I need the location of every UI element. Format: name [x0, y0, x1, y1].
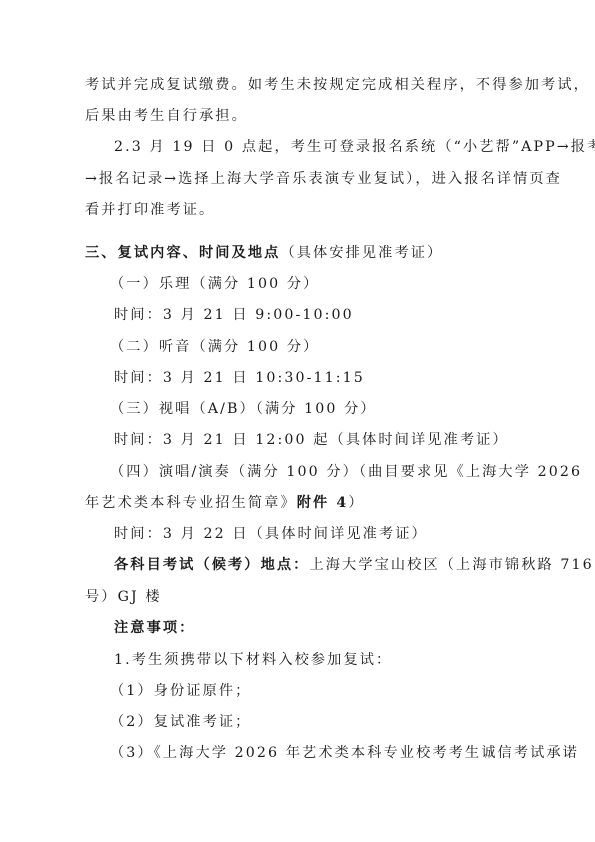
subject-time: 时间：3 月 21 日 9:00-10:00	[114, 305, 354, 325]
subject-time: 时间：3 月 22 日（具体时间详见准考证）	[114, 524, 428, 544]
section-heading: 三、复试内容、时间及地点（具体安排见准考证）	[85, 243, 443, 263]
subject-title: （四）演唱/演奏（满分 100 分）（曲目要求见《上海大学 2026	[110, 462, 582, 482]
subject-time: 时间：3 月 21 日 12:00 起（具体时间详见准考证）	[114, 430, 509, 450]
section-heading-note: （具体安排见准考证）	[280, 245, 443, 261]
attachment-reference: 附件 4	[297, 495, 349, 511]
paragraph-line: 考试并完成复试缴费。如考生未按规定完成相关程序，不得参加考试，	[85, 75, 590, 95]
subject-title-continued: 年艺术类本科专业招生简章》附件 4）	[85, 493, 365, 513]
brochure-reference: 年艺术类本科专业招生简章》	[85, 495, 297, 511]
notes-heading: 注意事项：	[114, 618, 195, 638]
exam-location-label: 各科目考试（候考）地点：	[114, 557, 309, 573]
material-item: （2）复试准考证；	[110, 712, 251, 732]
subject-title: （二）听音（满分 100 分）	[110, 337, 319, 357]
section-heading-title: 三、复试内容、时间及地点	[85, 245, 280, 261]
exam-location-continued: 号）GJ 楼	[85, 587, 162, 607]
subject-time: 时间：3 月 21 日 10:30-11:15	[114, 368, 365, 388]
material-item: （3）《上海大学 2026 年艺术类本科专业校考考生诚信考试承诺	[110, 743, 579, 763]
document-page: 考试并完成复试缴费。如考生未按规定完成相关程序，不得参加考试， 后果由考生自行承…	[0, 0, 595, 842]
paragraph-line: 2.3 月 19 日 0 点起，考生可登录报名系统（“小艺帮”APP→报考	[114, 137, 595, 157]
closing-paren: ）	[348, 495, 364, 511]
subject-title: （一）乐理（满分 100 分）	[110, 274, 319, 294]
paragraph-line: →报名记录→选择上海大学音乐表演专业复试），进入报名详情页查	[85, 169, 562, 189]
notes-item: 1.考生须携带以下材料入校参加复试：	[114, 650, 392, 670]
paragraph-line: 看并打印准考证。	[85, 200, 215, 220]
subject-title: （三）视唱（A/B）（满分 100 分）	[110, 399, 377, 419]
material-item: （1）身份证原件；	[110, 681, 251, 701]
paragraph-line: 后果由考生自行承担。	[85, 106, 248, 126]
exam-location-text: 上海大学宝山校区（上海市锦秋路 716	[309, 557, 593, 573]
exam-location: 各科目考试（候考）地点：上海大学宝山校区（上海市锦秋路 716	[114, 555, 594, 575]
